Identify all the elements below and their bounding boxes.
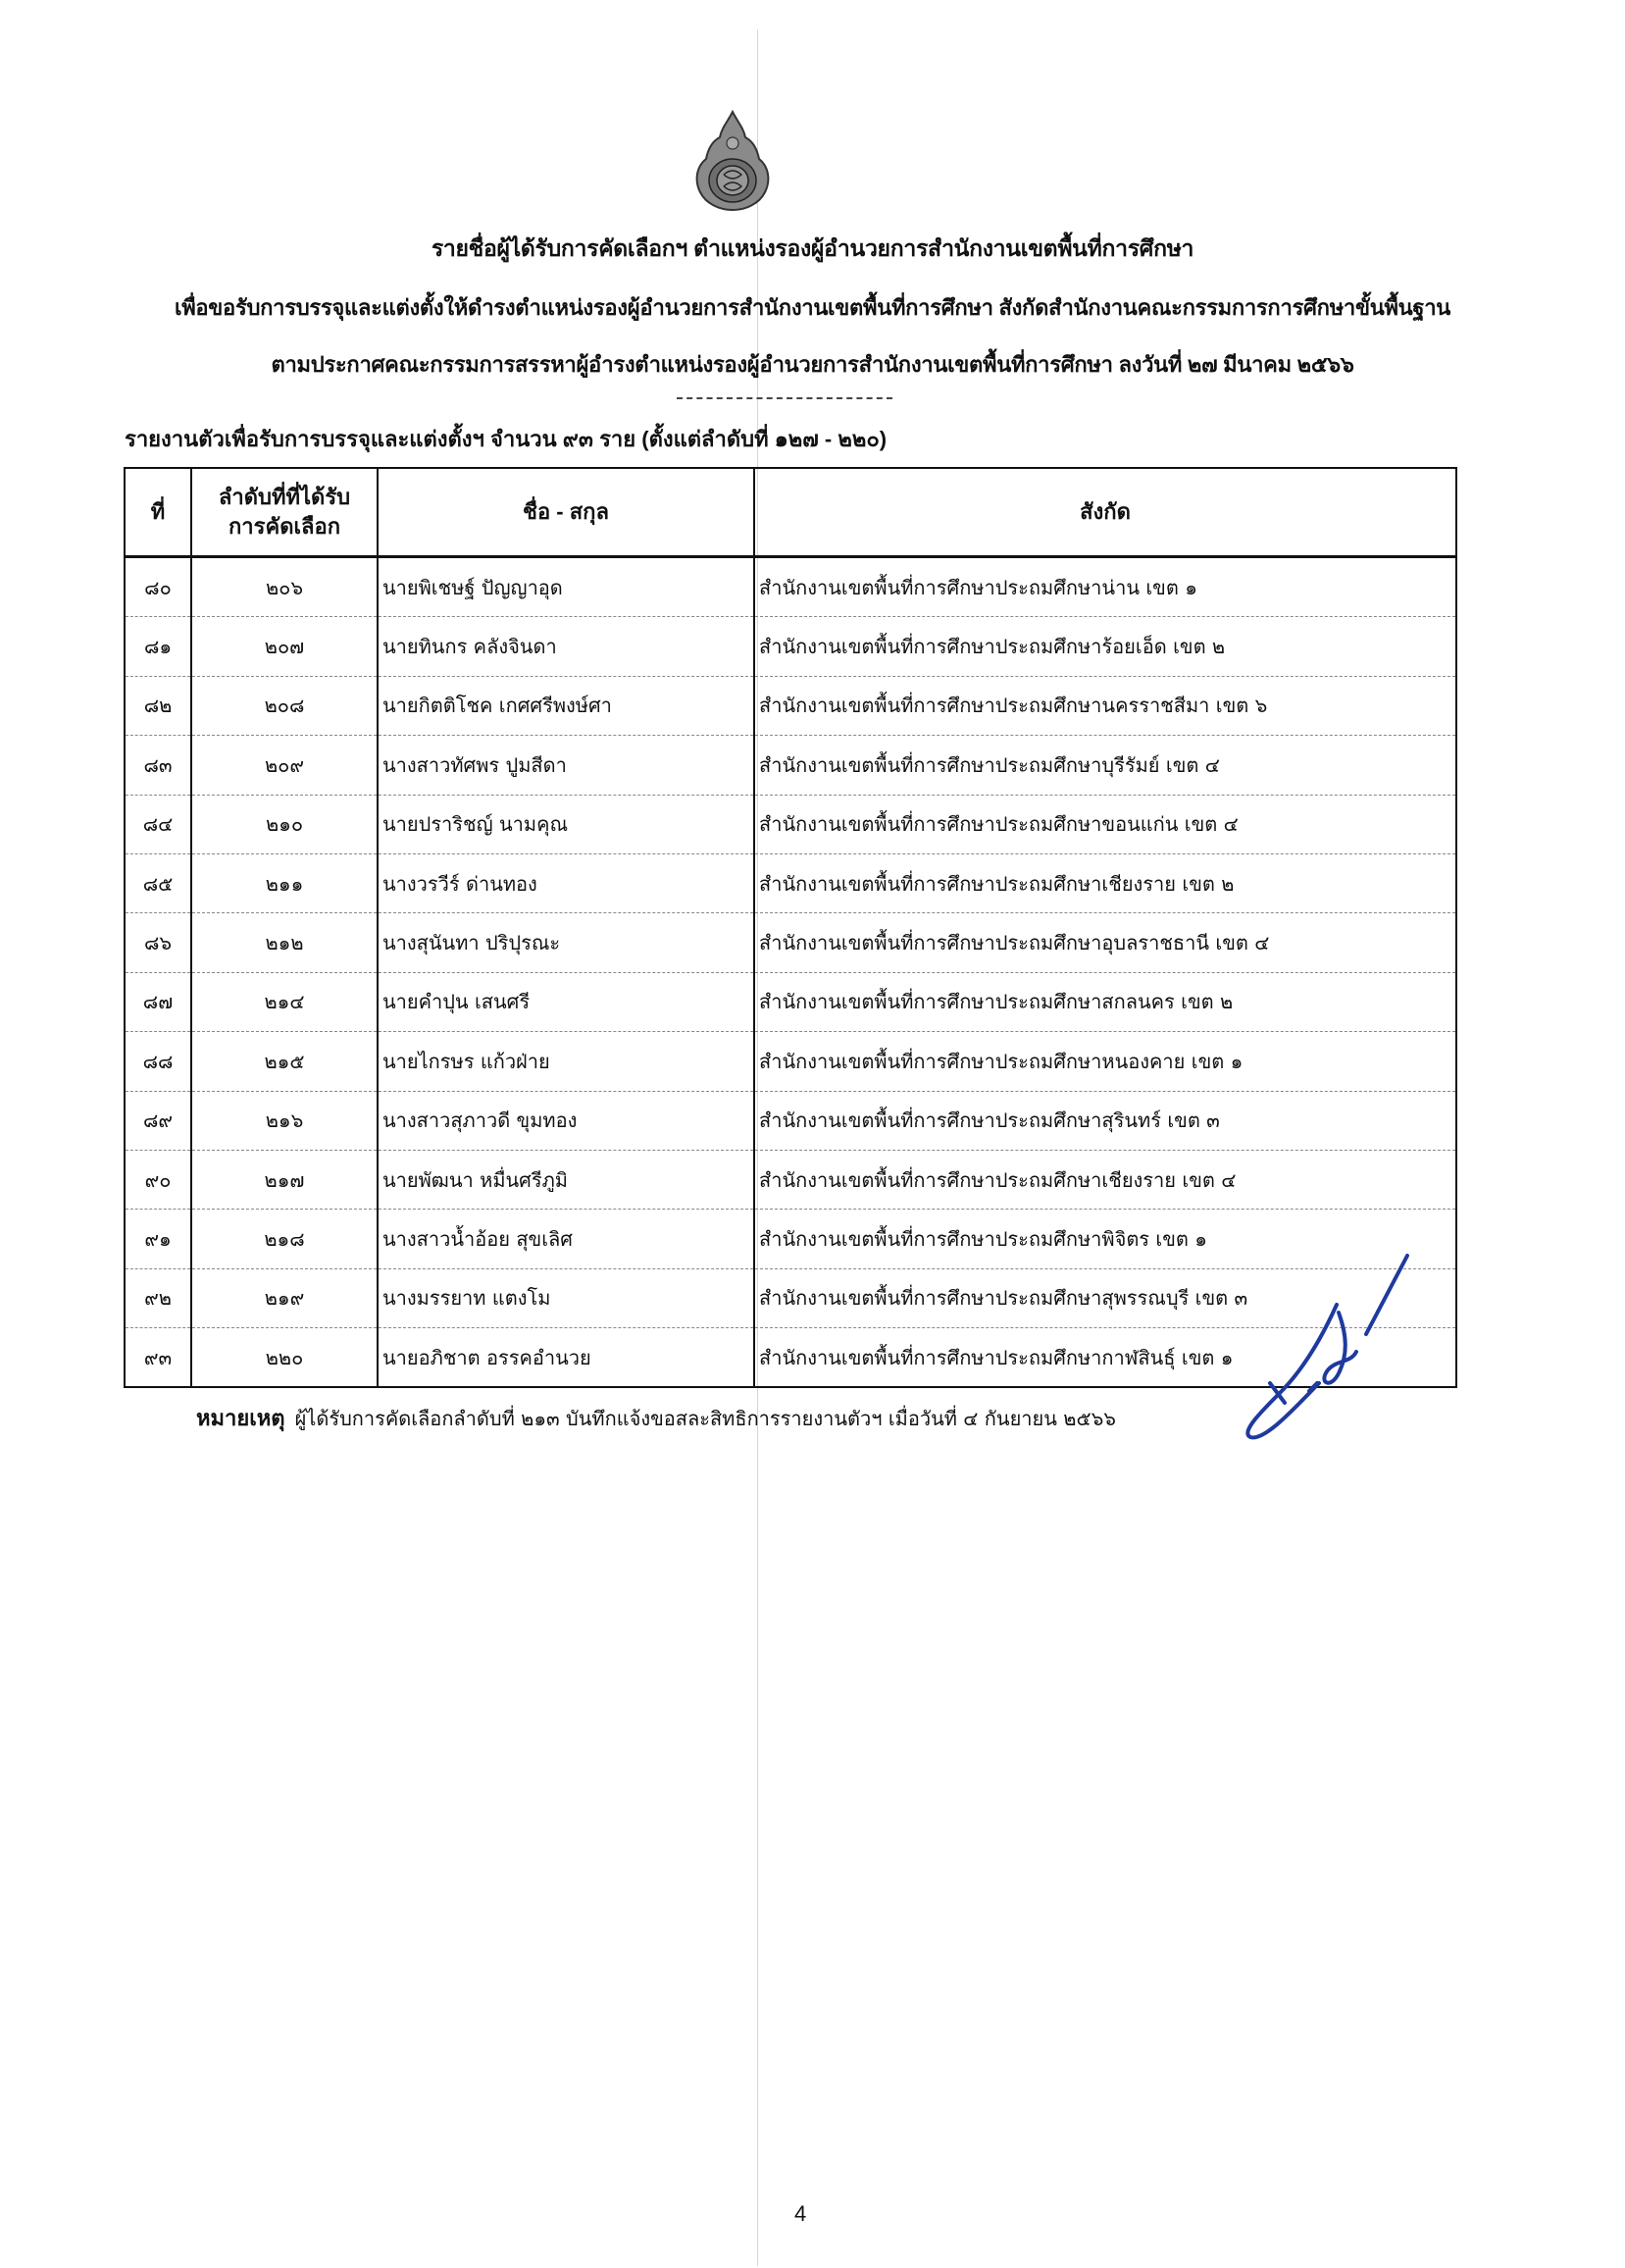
table-row: ๘๙๒๑๖นางสาวสุภาวดี ขุมทองสำนักงานเขตพื้น… [125, 1091, 1456, 1150]
table-row: ๘๖๒๑๒นางสุนันทา ปริปุรณะสำนักงานเขตพื้นท… [125, 913, 1456, 972]
title-line-2: เพื่อขอรับการบรรจุและแต่งตั้งให้ดำรงตำแห… [0, 290, 1625, 325]
cell-rank: ๒๑๙ [191, 1268, 378, 1327]
cell-no: ๘๐ [125, 557, 191, 617]
cell-no: ๘๗ [125, 972, 191, 1031]
cell-no: ๘๖ [125, 913, 191, 972]
table-row: ๘๔๒๑๐นายปราริชญ์ นามคุณสำนักงานเขตพื้นที… [125, 795, 1456, 853]
header-rank-line2: การคัดเลือก [193, 512, 376, 541]
cell-no: ๙๑ [125, 1210, 191, 1268]
cell-affiliation: สำนักงานเขตพื้นที่การศึกษาประถมศึกษาหนอง… [754, 1032, 1456, 1091]
obec-emblem-icon [694, 110, 771, 212]
cell-name: นางมรรยาท แตงโม [378, 1268, 754, 1327]
cell-name: นายพิเชษฐ์ ปัญญาอุด [378, 557, 754, 617]
title-line-3: ตามประกาศคณะกรรมการสรรหาผู้อำรงตำแหน่งรอ… [0, 347, 1625, 382]
cell-name: นายอภิชาต อรรคอำนวย [378, 1328, 754, 1388]
cell-no: ๙๓ [125, 1328, 191, 1388]
table-row: ๘๗๒๑๔นายคำปุน เสนศรีสำนักงานเขตพื้นที่กา… [125, 972, 1456, 1031]
cell-no: ๘๑ [125, 617, 191, 676]
cell-rank: ๒๒๐ [191, 1328, 378, 1388]
table-row: ๘๓๒๐๙นางสาวทัศพร ปูมสีดาสำนักงานเขตพื้นท… [125, 736, 1456, 795]
cell-affiliation: สำนักงานเขตพื้นที่การศึกษาประถมศึกษาอุบล… [754, 913, 1456, 972]
cell-rank: ๒๑๒ [191, 913, 378, 972]
header-affiliation: สังกัด [754, 468, 1456, 557]
cell-name: นายกิตติโชค เกศศรีพงษ์ศา [378, 676, 754, 735]
remark-label: หมายเหตุ [196, 1406, 285, 1430]
header-name: ชื่อ - สกุล [378, 468, 754, 557]
cell-no: ๘๙ [125, 1091, 191, 1150]
cell-name: นางวรวีร์ ด่านทอง [378, 853, 754, 912]
cell-rank: ๒๐๙ [191, 736, 378, 795]
cell-rank: ๒๑๔ [191, 972, 378, 1031]
cell-no: ๘๔ [125, 795, 191, 853]
cell-rank: ๒๑๕ [191, 1032, 378, 1091]
table-row: ๘๐๒๐๖นายพิเชษฐ์ ปัญญาอุดสำนักงานเขตพื้นท… [125, 557, 1456, 617]
cell-name: นายพัฒนา หมื่นศรีภูมิ [378, 1150, 754, 1209]
table-row: ๘๑๒๐๗นายทินกร คลังจินดาสำนักงานเขตพื้นที… [125, 617, 1456, 676]
cell-name: นายปราริชญ์ นามคุณ [378, 795, 754, 853]
cell-rank: ๒๑๑ [191, 853, 378, 912]
cell-rank: ๒๐๗ [191, 617, 378, 676]
title-line-1: รายชื่อผู้ได้รับการคัดเลือกฯ ตำแหน่งรองผ… [0, 232, 1625, 267]
header-no: ที่ [125, 468, 191, 557]
cell-name: นางสาวสุภาวดี ขุมทอง [378, 1091, 754, 1150]
cell-name: นางสาวน้ำอ้อย สุขเลิศ [378, 1210, 754, 1268]
cell-no: ๘๕ [125, 853, 191, 912]
cell-rank: ๒๑๗ [191, 1150, 378, 1209]
cell-rank: ๒๑๘ [191, 1210, 378, 1268]
cell-rank: ๒๐๘ [191, 676, 378, 735]
report-subheading: รายงานตัวเพื่อรับการบรรจุและแต่งตั้งฯ จำ… [125, 422, 887, 456]
cell-affiliation: สำนักงานเขตพื้นที่การศึกษาประถมศึกษาสุริ… [754, 1091, 1456, 1150]
table-row: ๙๐๒๑๗นายพัฒนา หมื่นศรีภูมิสำนักงานเขตพื้… [125, 1150, 1456, 1209]
cell-name: นายทินกร คลังจินดา [378, 617, 754, 676]
table-row: ๘๕๒๑๑นางวรวีร์ ด่านทองสำนักงานเขตพื้นที่… [125, 853, 1456, 912]
table-header-row: ที่ ลำดับที่ที่ได้รับ การคัดเลือก ชื่อ -… [125, 468, 1456, 557]
cell-no: ๘๘ [125, 1032, 191, 1091]
remark-text: ผู้ได้รับการคัดเลือกลำดับที่ ๒๑๓ บันทึกแ… [295, 1407, 1116, 1430]
cell-affiliation: สำนักงานเขตพื้นที่การศึกษาประถมศึกษาเชีย… [754, 853, 1456, 912]
cell-name: นายไกรษร แก้วฝ่าย [378, 1032, 754, 1091]
header-rank-line1: ลำดับที่ที่ได้รับ [193, 483, 376, 512]
dashed-divider [677, 397, 892, 399]
cell-affiliation: สำนักงานเขตพื้นที่การศึกษาประถมศึกษาเชีย… [754, 1150, 1456, 1209]
cell-name: นายคำปุน เสนศรี [378, 972, 754, 1031]
cell-affiliation: สำนักงานเขตพื้นที่การศึกษาประถมศึกษาสกลน… [754, 972, 1456, 1031]
cell-affiliation: สำนักงานเขตพื้นที่การศึกษาประถมศึกษานครร… [754, 676, 1456, 735]
cell-no: ๘๓ [125, 736, 191, 795]
cell-affiliation: สำนักงานเขตพื้นที่การศึกษาประถมศึกษาขอนแ… [754, 795, 1456, 853]
cell-rank: ๒๑๐ [191, 795, 378, 853]
cell-affiliation: สำนักงานเขตพื้นที่การศึกษาประถมศึกษาน่าน… [754, 557, 1456, 617]
cell-name: นางสาวทัศพร ปูมสีดา [378, 736, 754, 795]
cell-name: นางสุนันทา ปริปุรณะ [378, 913, 754, 972]
header-rank: ลำดับที่ที่ได้รับ การคัดเลือก [191, 468, 378, 557]
cell-no: ๙๒ [125, 1268, 191, 1327]
cell-no: ๘๒ [125, 676, 191, 735]
table-row: ๘๒๒๐๘นายกิตติโชค เกศศรีพงษ์ศาสำนักงานเขต… [125, 676, 1456, 735]
page-number: 4 [794, 2201, 806, 2227]
remark: หมายเหตุผู้ได้รับการคัดเลือกลำดับที่ ๒๑๓… [196, 1401, 1116, 1435]
cell-rank: ๒๐๖ [191, 557, 378, 617]
cell-no: ๙๐ [125, 1150, 191, 1209]
handwritten-signature-icon [1241, 1236, 1437, 1442]
table-row: ๘๘๒๑๕นายไกรษร แก้วฝ่ายสำนักงานเขตพื้นที่… [125, 1032, 1456, 1091]
cell-affiliation: สำนักงานเขตพื้นที่การศึกษาประถมศึกษาบุรี… [754, 736, 1456, 795]
cell-affiliation: สำนักงานเขตพื้นที่การศึกษาประถมศึกษาร้อย… [754, 617, 1456, 676]
cell-rank: ๒๑๖ [191, 1091, 378, 1150]
